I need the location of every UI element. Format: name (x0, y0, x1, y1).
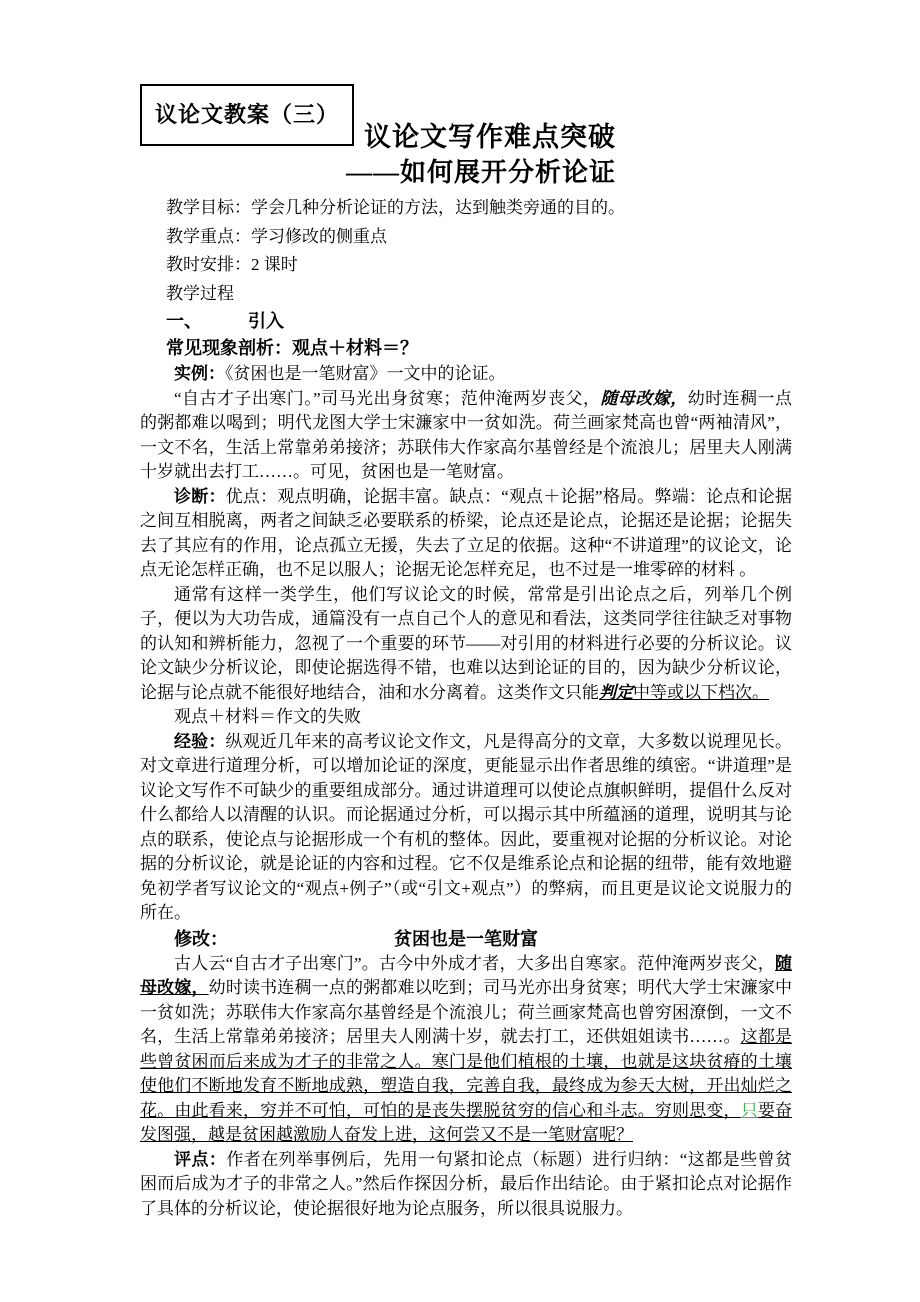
section-heading: 一、引入 (140, 308, 792, 335)
revision-essay-title: 贫困也是一笔财富 (140, 926, 792, 952)
meta-process: 教学过程 (140, 280, 792, 309)
paragraph-diagnosis: 诊断：优点：观点明确，论据丰富。缺点：“观点＋论据”格局。弊端：论点和论据之间互… (140, 485, 792, 583)
subsection-heading: 常见现象剖析：观点＋材料＝？ (140, 335, 792, 362)
meta-focus: 教学重点：学习修改的侧重点 (140, 223, 792, 252)
doc-title: 议论文写作难点突破 (364, 115, 616, 154)
paragraph-formula: 观点＋材料＝作文的失败 (140, 705, 792, 730)
text-segment: 纵观近几年来的高考议论文作文，凡是得高分的文章，大多数以说理见长。对文章进行道理… (140, 732, 792, 923)
text-segment: 经验： (174, 732, 226, 751)
text-segment: 幼时读书连稠一点的粥都难以吃到；司马光亦出身贫寒；明代大学士宋濂家中一贫如洗；苏… (140, 978, 792, 1046)
paragraph-example: 实例：《贫困也是一笔财富》一文中的论证。 (140, 362, 792, 387)
text-segment: 判定 (599, 683, 633, 702)
text-segment: 随母改嫁， (600, 389, 687, 408)
section-number: 一、 (166, 311, 202, 331)
text-segment: 评点： (174, 1150, 226, 1169)
text-segment: 只 (741, 1101, 758, 1120)
paragraph-quote: “自古才子出寒门。”司马光出身贫寒；范仲淹两岁丧父，随母改嫁，幼时连稠一点的粥都… (140, 387, 792, 485)
section-heading-label: 引入 (248, 311, 284, 331)
text-segment: “自古才子出寒门。”司马光出身贫寒；范仲淹两岁丧父， (174, 389, 600, 408)
paragraph-analysis: 通常有这样一类学生，他们写议论文的时候，常常是引出论点之后，列举几个例子，便以为… (140, 583, 792, 706)
text-segment: 古人云“自古才子出寒门”。古今中外成才者，大多出自寒家。范仲淹两岁丧父， (174, 954, 775, 973)
document-content: 议论文教案（三） 议论文写作难点突破 ——如何展开分析论证 教学目标：学会几种分… (140, 84, 792, 1221)
lesson-plan-label-box: 议论文教案（三） (140, 84, 354, 146)
meta-objective: 教学目标：学会几种分析论证的方法，达到触类旁通的目的。 (140, 194, 792, 223)
text-segment: 诊断： (174, 487, 226, 506)
revision-heading: 修改：贫困也是一笔财富 (140, 926, 792, 952)
paragraph-experience: 经验：纵观近几年来的高考议论文作文，凡是得高分的文章，大多数以说理见长。对文章进… (140, 730, 792, 926)
meta-schedule: 教时安排：2 课时 (140, 251, 792, 280)
text-segment: 优点：观点明确，论据丰富。缺点：“观点＋论据”格局。弊端：论点和论据之间互相脱离… (140, 487, 792, 580)
text-segment: 实例： (174, 364, 225, 383)
page-number: 1 (0, 1203, 920, 1220)
document-header: 议论文教案（三） 议论文写作难点突破 (140, 84, 792, 146)
document-page: 议论文教案（三） 议论文写作难点突破 ——如何展开分析论证 教学目标：学会几种分… (0, 0, 920, 1302)
text-segment: 《贫困也是一笔财富》一文中的论证。 (225, 364, 506, 383)
text-segment: 中等或以下档次。 (633, 683, 769, 702)
doc-subtitle: ——如何展开分析论证 (170, 156, 792, 190)
paragraph-revised-essay: 古人云“自古才子出寒门”。古今中外成才者，大多出自寒家。范仲淹两岁丧父，随母改嫁… (140, 952, 792, 1148)
